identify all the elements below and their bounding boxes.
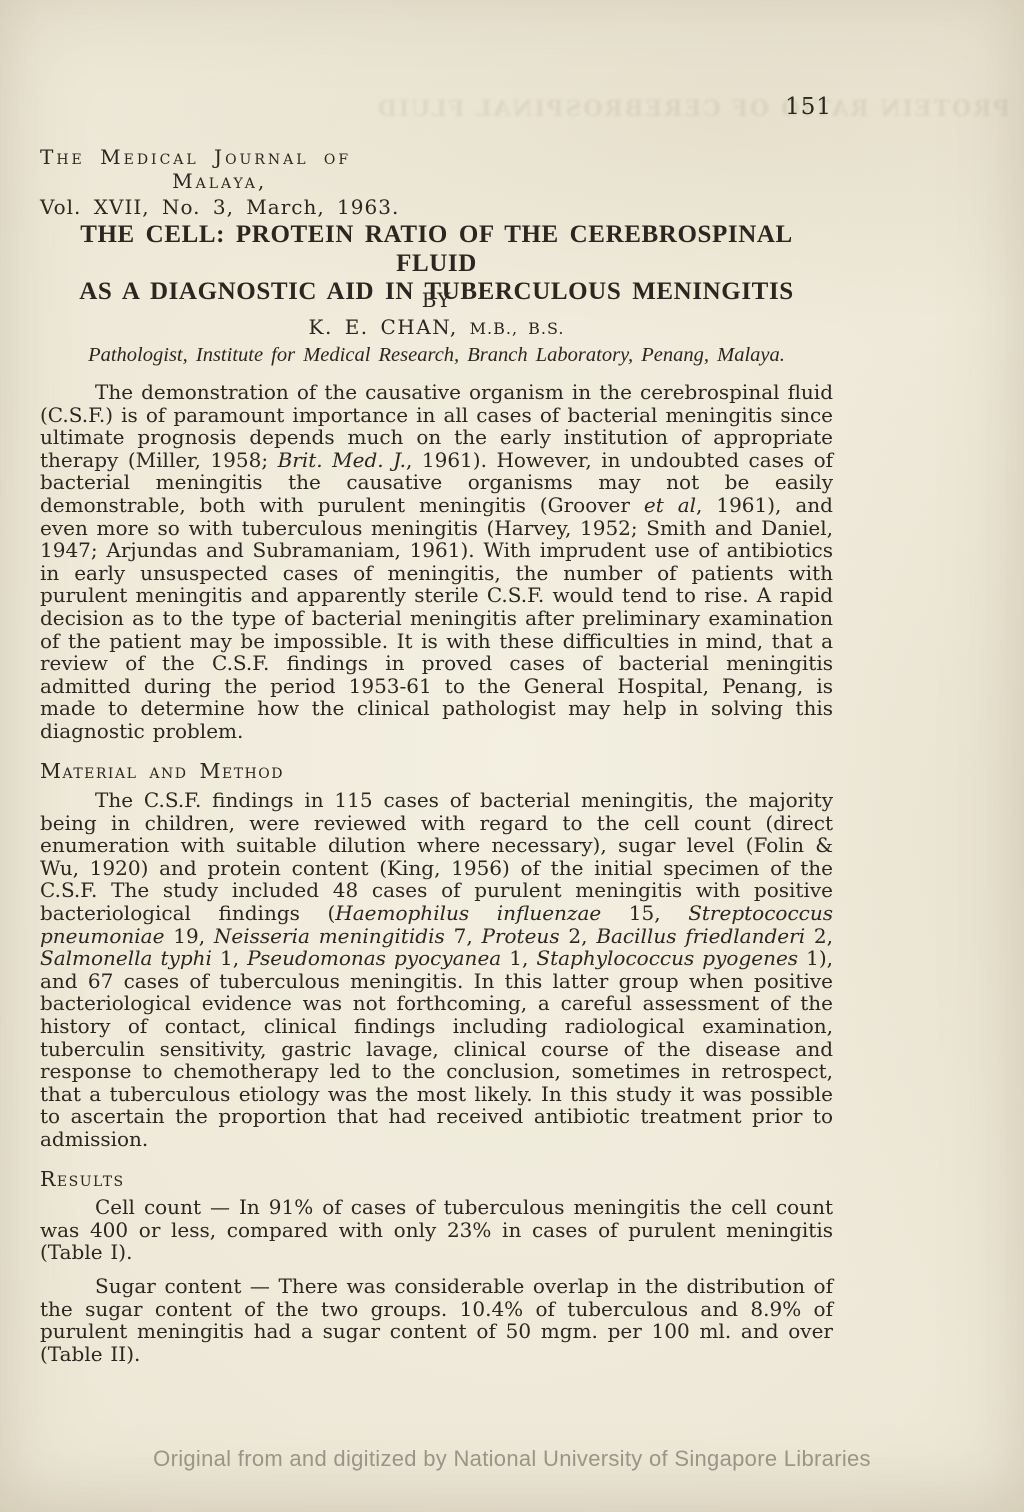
intro-paragraph: The demonstration of the causative organ…	[40, 381, 833, 743]
author-line: K. E. CHAN, M.B., B.S.	[40, 315, 833, 339]
author-affiliation: Pathologist, Institute for Medical Resea…	[40, 344, 833, 367]
byline-label: BY	[40, 288, 833, 312]
author-name: K. E. CHAN,	[309, 315, 458, 339]
article-title-line1: THE CELL: PROTEIN RATIO OF THE CEREBROSP…	[80, 221, 793, 277]
journal-masthead: The Medical Journal of Malaya, Vol. XVII…	[40, 145, 399, 219]
results-cell-count-paragraph: Cell count — In 91% of cases of tubercul…	[40, 1196, 833, 1264]
journal-name-line2: Malaya,	[40, 169, 399, 193]
section-heading-results: Results	[40, 1167, 125, 1191]
material-method-paragraph: The C.S.F. findings in 115 cases of bact…	[40, 789, 833, 1151]
page-number: 151	[785, 94, 832, 120]
journal-page: PROTEIN RATIO OF CEREBROSPINAL FLUID 151…	[0, 0, 1024, 1512]
results-sugar-content-paragraph: Sugar content — There was considerable o…	[40, 1275, 833, 1365]
bleed-through-ghost-text: PROTEIN RATIO OF CEREBROSPINAL FLUID	[380, 96, 1010, 122]
section-heading-material-and-method: Material and Method	[40, 759, 284, 783]
digitization-credit: Original from and digitized by National …	[0, 1446, 1024, 1472]
journal-name-line1: The Medical Journal of	[40, 145, 399, 169]
journal-issue-line: Vol. XVII, No. 3, March, 1963.	[40, 195, 399, 219]
author-degrees: M.B., B.S.	[470, 319, 565, 338]
